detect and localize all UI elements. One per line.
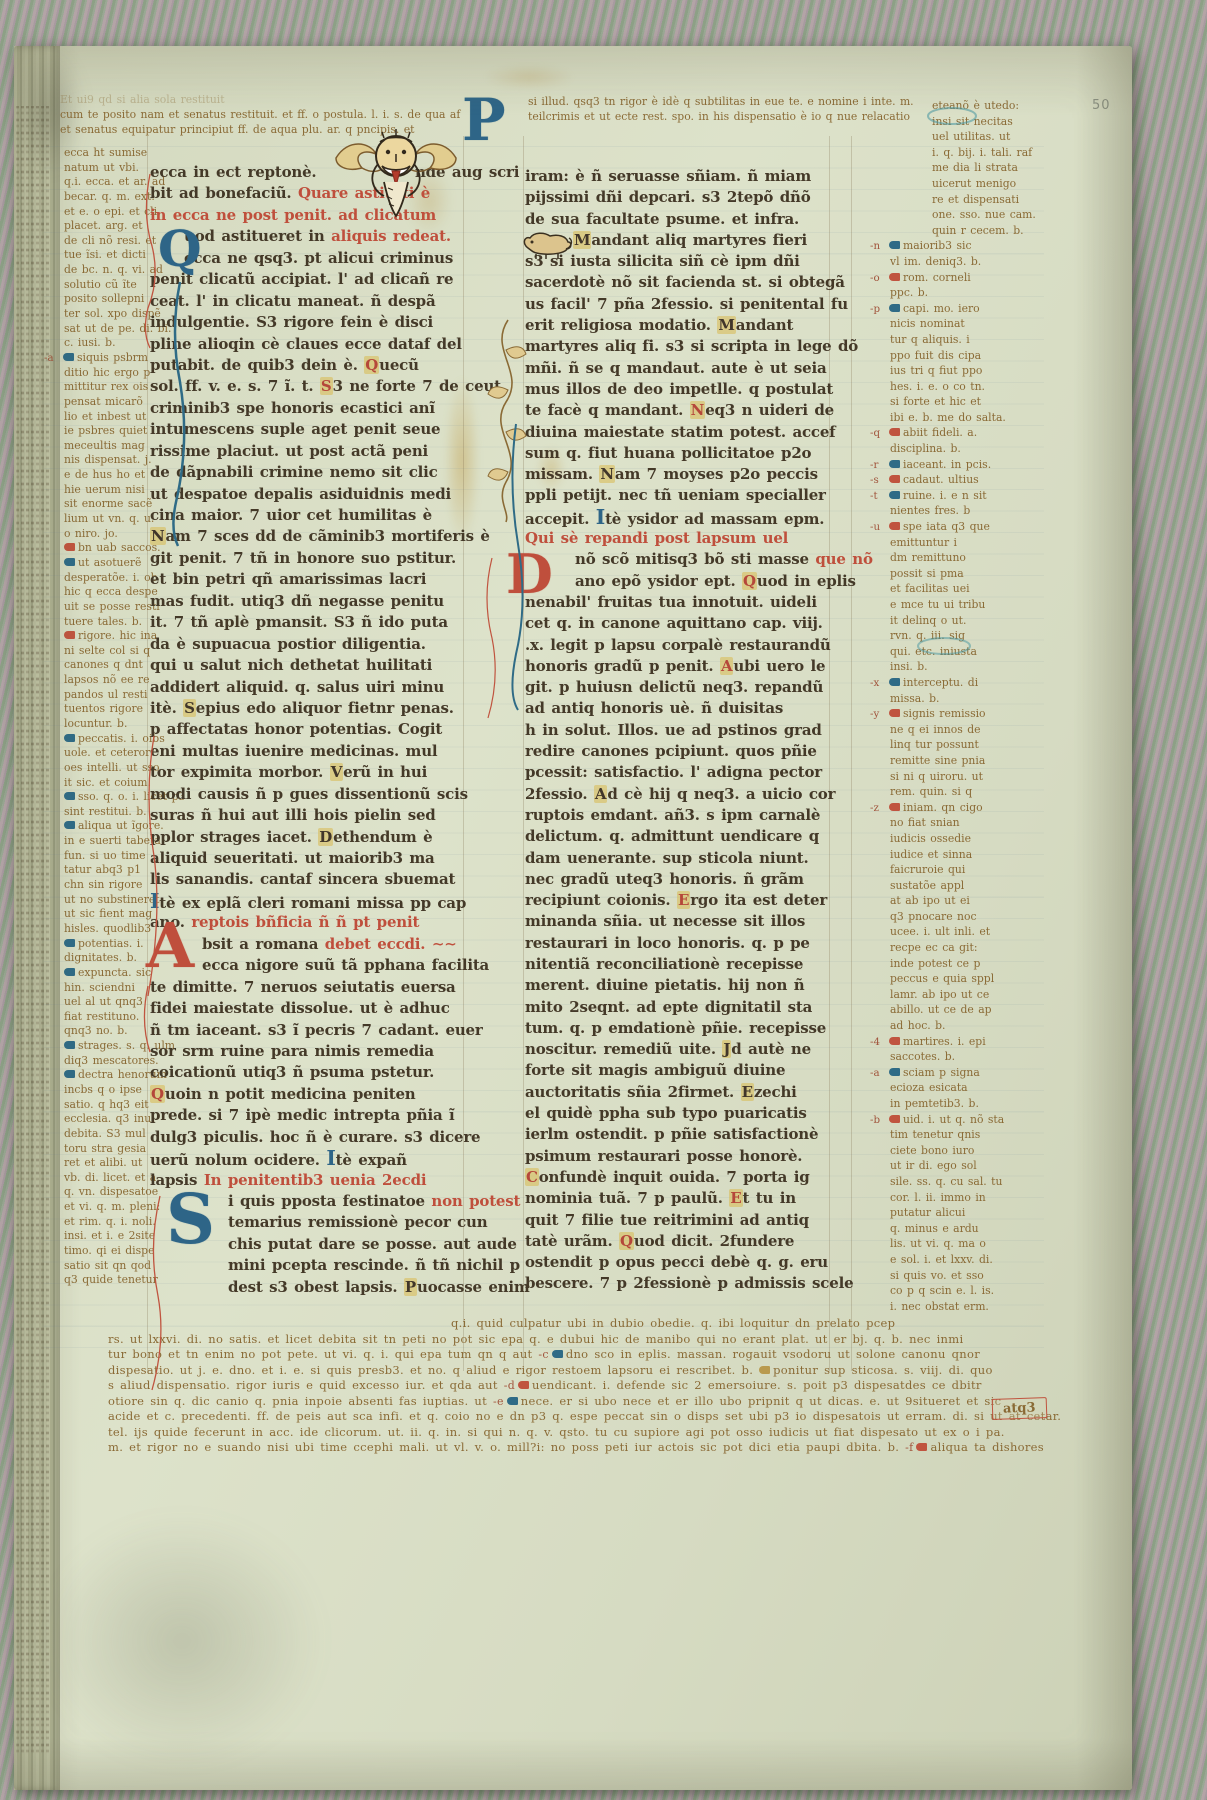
- manuscript-photo: 50 Et ui9 qd si alia sola restituitcum t…: [0, 0, 1207, 1800]
- manuscript-page: 50 Et ui9 qd si alia sola restituitcum t…: [14, 46, 1132, 1790]
- teal-highlight: [918, 638, 970, 654]
- red-filigree: [152, 1196, 161, 1390]
- teal-highlight: [928, 108, 976, 124]
- red-filigree: [148, 736, 157, 996]
- red-filigree: [144, 986, 150, 1052]
- blue-initial-tail: [173, 282, 184, 546]
- pen-flourishes: [14, 46, 1132, 1790]
- blue-intercolumn-flourish: [512, 424, 522, 710]
- red-filigree: [145, 174, 155, 348]
- red-filigree: [487, 558, 495, 718]
